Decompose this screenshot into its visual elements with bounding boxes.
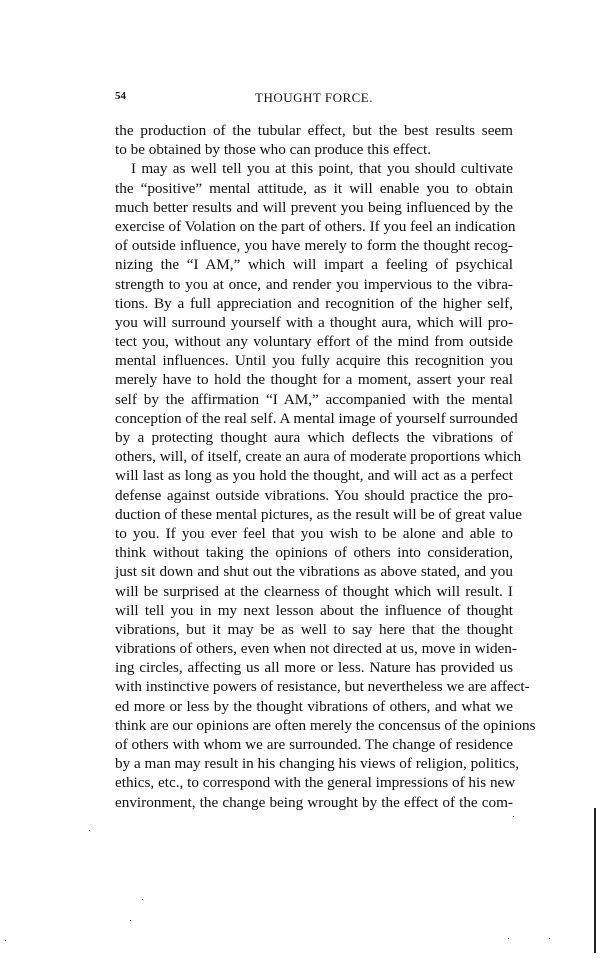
- text-line: by a protecting thought aura which defle…: [115, 428, 513, 447]
- text-line: ethics, etc., to correspond with the gen…: [115, 773, 513, 792]
- text-line: I may as well tell you at this point, th…: [115, 159, 513, 178]
- text-line: strength to you at once, and render you …: [115, 275, 513, 294]
- text-line: mental influences. Until you fully acqui…: [115, 351, 513, 370]
- text-line: vibrations, but it may be as well to say…: [115, 620, 513, 639]
- text-line: to you. If you ever feel that you wish t…: [115, 524, 513, 543]
- text-line: self by the affirmation “I AM,” accompan…: [115, 390, 513, 409]
- scan-speck: [508, 938, 509, 939]
- scan-speck: [549, 938, 550, 939]
- page-header: 54 THOUGHT FORCE.: [115, 90, 513, 106]
- text-line: will tell you in my next lesson about th…: [115, 601, 513, 620]
- page-edge-mark: [594, 808, 596, 953]
- text-line: conception of the real self. A mental im…: [115, 409, 513, 428]
- text-line: think without taking the opinions of oth…: [115, 543, 513, 562]
- running-title: THOUGHT FORCE.: [115, 90, 513, 106]
- text-line: of others with whom we are surrounded. T…: [115, 735, 513, 754]
- text-line: with instinctive powers of resistance, b…: [115, 677, 513, 696]
- text-line: to be obtained by those who can produce …: [115, 140, 513, 159]
- text-line: nizing the “I AM,” which will impart a f…: [115, 255, 513, 274]
- text-line: vibrations of others, even when not dire…: [115, 639, 513, 658]
- text-line: others, will, of itself, create an aura …: [115, 447, 513, 466]
- scan-speck: [142, 899, 143, 900]
- scan-speck: [130, 920, 131, 921]
- text-line: defense against outside vibrations. You …: [115, 486, 513, 505]
- text-line: think are our opinions are often merely …: [115, 716, 513, 735]
- text-line: tions. By a full appreciation and recogn…: [115, 294, 513, 313]
- text-line: will last as long as you hold the though…: [115, 466, 513, 485]
- text-line: the production of the tubular effect, bu…: [115, 121, 513, 140]
- text-line: exercise of Volation on the part of othe…: [115, 217, 513, 236]
- scan-speck: [513, 816, 514, 817]
- text-line: by a man may result in his changing his …: [115, 754, 513, 773]
- text-line: will be surprised at the clearness of th…: [115, 582, 513, 601]
- text-line: environment, the change being wrought by…: [115, 793, 513, 812]
- text-line: tect you, without any voluntary effort o…: [115, 332, 513, 351]
- body-text: the production of the tubular effect, bu…: [115, 121, 513, 812]
- text-line: just sit down and shut out the vibration…: [115, 562, 513, 581]
- text-line: ing circles, affecting us all more or le…: [115, 658, 513, 677]
- text-line: merely have to hold the thought for a mo…: [115, 370, 513, 389]
- text-line: you will surround yourself with a though…: [115, 313, 513, 332]
- text-line: the “positive” mental attitude, as it wi…: [115, 179, 513, 198]
- text-line: much better results and will prevent you…: [115, 198, 513, 217]
- text-line: duction of these mental pictures, as the…: [115, 505, 513, 524]
- text-line: of outside influence, you have merely to…: [115, 236, 513, 255]
- text-line: ed more or less by the thought vibration…: [115, 697, 513, 716]
- scan-speck: [5, 940, 6, 941]
- book-page: 54 THOUGHT FORCE. the production of the …: [0, 0, 600, 978]
- scan-speck: [89, 830, 90, 831]
